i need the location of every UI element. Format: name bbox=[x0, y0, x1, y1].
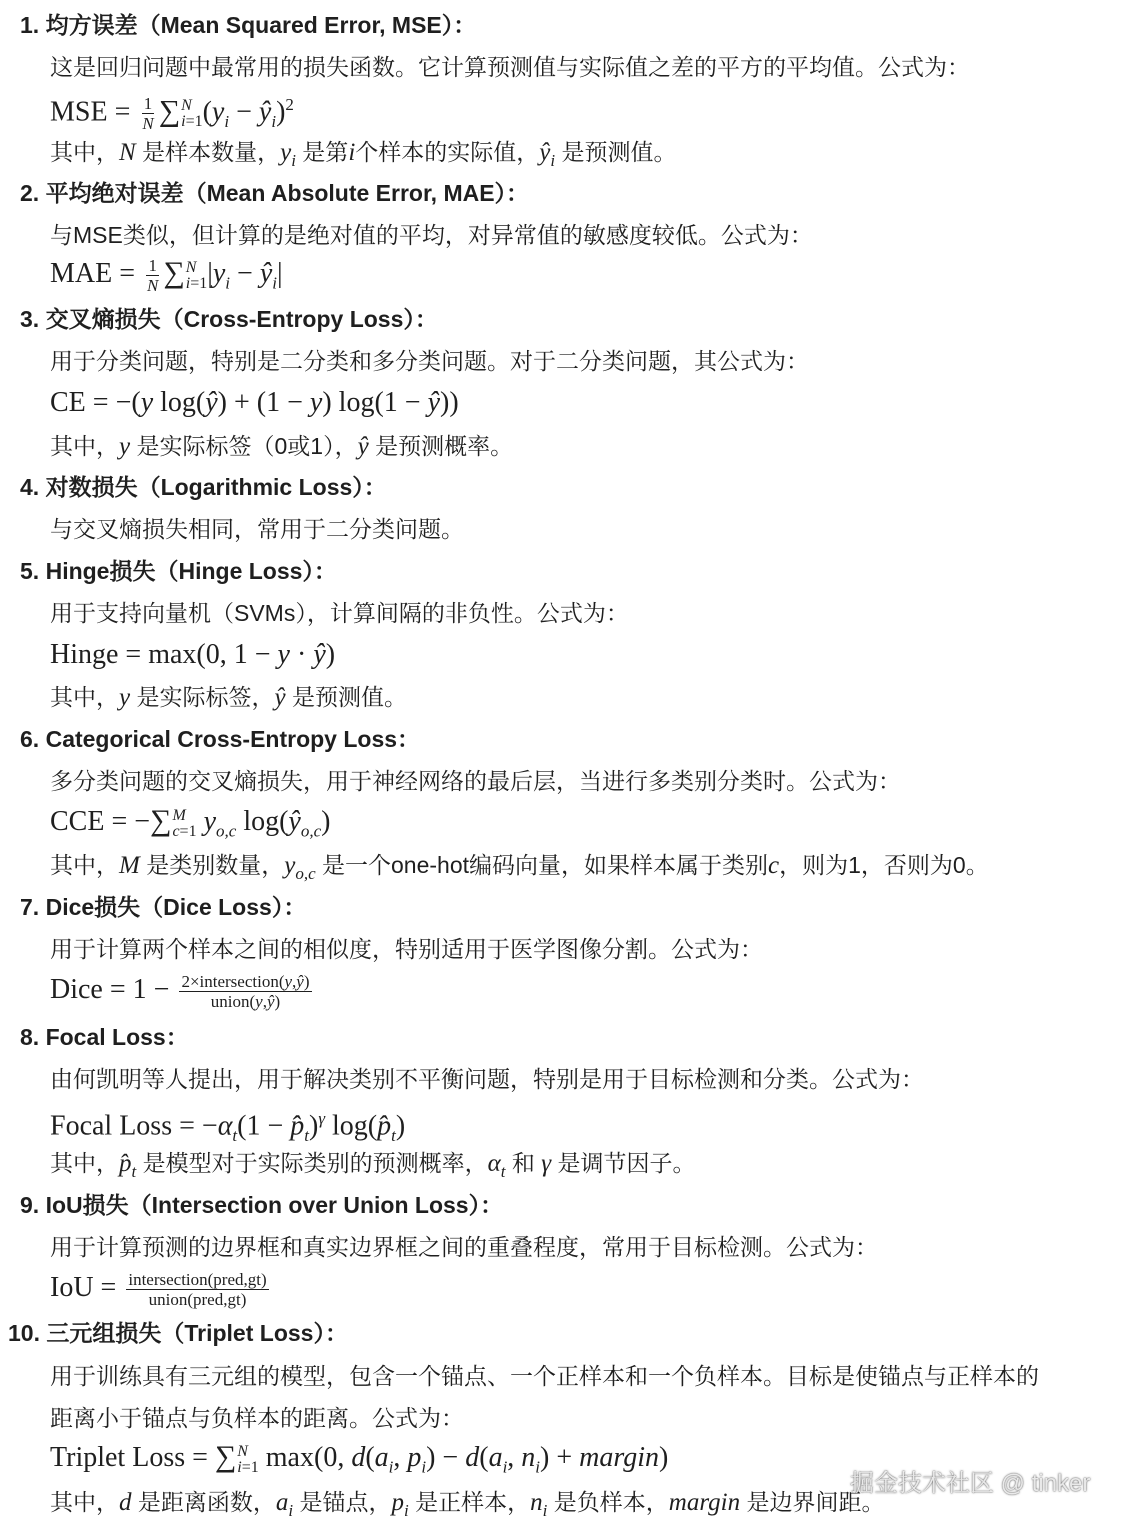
item-1-heading: 1. 均方误差（Mean Squared Error, MSE）： bbox=[20, 10, 476, 40]
item-6-note: 其中，M 是类别数量，yo,c 是一个one-hot编码向量，如果样本属于类别c… bbox=[50, 850, 989, 889]
item-3-formula: CE = −(y log(ŷ) + (1 − y) log(1 − ŷ)) bbox=[50, 386, 459, 420]
item-3-heading: 3. 交叉熵损失（Cross-Entropy Loss）： bbox=[20, 304, 438, 334]
item-number: 9. bbox=[20, 1192, 39, 1218]
item-5-formula: Hinge = max(0, 1 − y · ŷ) bbox=[50, 638, 335, 672]
item-4-heading: 4. 对数损失（Logarithmic Loss）： bbox=[20, 472, 387, 502]
item-8-formula: Focal Loss = −αt(1 − p̂t)γ log(p̂t) bbox=[50, 1102, 405, 1153]
item-number: 8. bbox=[20, 1024, 39, 1050]
item-10-note: 其中，d 是距离函数，ai 是锚点，pi 是正样本，ni 是负样本，margin… bbox=[50, 1487, 884, 1526]
item-7-heading: 7. Dice损失（Dice Loss）： bbox=[20, 892, 306, 922]
item-number: 5. bbox=[20, 558, 39, 584]
item-8-description: 由何凯明等人提出，用于解决类别不平衡问题，特别是用于目标检测和分类。公式为： bbox=[50, 1064, 924, 1094]
item-title: Dice损失（Dice Loss）： bbox=[46, 894, 307, 920]
item-5-note: 其中，y 是实际标签，ŷ 是预测值。 bbox=[50, 682, 407, 713]
item-7-description: 用于计算两个样本之间的相似度，特别适用于医学图像分割。公式为： bbox=[50, 934, 763, 964]
item-8-heading: 8. Focal Loss： bbox=[20, 1022, 189, 1052]
item-number: 7. bbox=[20, 894, 39, 920]
item-4-description: 与交叉熵损失相同，常用于二分类问题。 bbox=[50, 514, 464, 544]
item-number: 2. bbox=[20, 180, 39, 206]
item-2-heading: 2. 平均绝对误差（Mean Absolute Error, MAE）： bbox=[20, 178, 529, 208]
item-9-formula: IoU = intersection(pred,gt)union(pred,gt… bbox=[50, 1270, 272, 1309]
item-title: 交叉熵损失（Cross-Entropy Loss）： bbox=[46, 306, 438, 332]
item-6-formula: CCE = −∑Mc=1 yo,c log(ŷo,c) bbox=[50, 804, 330, 849]
item-3-description: 用于分类问题，特别是二分类和多分类问题。对于二分类问题，其公式为： bbox=[50, 346, 809, 376]
item-title: 平均绝对误差（Mean Absolute Error, MAE）： bbox=[46, 180, 529, 206]
item-9-description: 用于计算预测的边界框和真实边界框之间的重叠程度，常用于目标检测。公式为： bbox=[50, 1232, 878, 1262]
item-number: 10. bbox=[8, 1320, 40, 1346]
item-title: 三元组损失（Triplet Loss）： bbox=[46, 1320, 348, 1346]
item-2-description: 与MSE类似，但计算的是绝对值的平均，对异常值的敏感度较低。公式为： bbox=[50, 220, 813, 250]
watermark: 掘金技术社区 @ tinker bbox=[850, 1463, 1090, 1498]
item-2-formula: MAE = 1N∑Ni=1|yi − ŷi| bbox=[50, 256, 283, 301]
item-number: 4. bbox=[20, 474, 39, 500]
item-title: Focal Loss： bbox=[46, 1024, 189, 1050]
item-10-formula: Triplet Loss = ∑Ni=1 max(0, d(ai, pi) − … bbox=[50, 1440, 668, 1485]
item-6-heading: 6. Categorical Cross-Entropy Loss： bbox=[20, 724, 420, 754]
item-3-note: 其中，y 是实际标签（0或1），ŷ 是预测概率。 bbox=[50, 431, 513, 462]
item-5-description: 用于支持向量机（SVMs），计算间隔的非负性。公式为： bbox=[50, 598, 629, 628]
item-10-heading: 10. 三元组损失（Triplet Loss）： bbox=[8, 1318, 348, 1348]
item-8-note: 其中，p̂t 是模型对于实际类别的预测概率，αt 和 γ 是调节因子。 bbox=[50, 1148, 696, 1187]
item-1-description: 这是回归问题中最常用的损失函数。它计算预测值与实际值之差的平方的平均值。公式为： bbox=[50, 52, 970, 82]
item-10-description: 用于训练具有三元组的模型，包含一个锚点、一个正样本和一个负样本。目标是使锚点与正… bbox=[50, 1361, 1039, 1391]
item-1-note: 其中，N 是样本数量，yi 是第i个样本的实际值，ŷi 是预测值。 bbox=[50, 137, 677, 176]
item-number: 3. bbox=[20, 306, 39, 332]
item-title: 均方误差（Mean Squared Error, MSE）： bbox=[46, 12, 477, 38]
item-6-description: 多分类问题的交叉熵损失，用于神经网络的最后层，当进行多类别分类时。公式为： bbox=[50, 766, 901, 796]
item-number: 6. bbox=[20, 726, 39, 752]
item-1-formula: MSE = 1N∑Ni=1(yi − ŷi)2 bbox=[50, 88, 294, 139]
item-title: IoU损失（Intersection over Union Loss）： bbox=[46, 1192, 504, 1218]
item-number: 1. bbox=[20, 12, 39, 38]
item-title: Categorical Cross-Entropy Loss： bbox=[46, 726, 420, 752]
item-5-heading: 5. Hinge损失（Hinge Loss）： bbox=[20, 556, 337, 586]
item-10-description-cont: 距离小于锚点与负样本的距离。公式为： bbox=[50, 1403, 464, 1433]
item-title: Hinge损失（Hinge Loss）： bbox=[46, 558, 337, 584]
item-title: 对数损失（Logarithmic Loss）： bbox=[46, 474, 387, 500]
item-9-heading: 9. IoU损失（Intersection over Union Loss）： bbox=[20, 1190, 503, 1220]
item-7-formula: Dice = 1 − 2×intersection(y,ŷ)union(y,ŷ) bbox=[50, 972, 315, 1011]
